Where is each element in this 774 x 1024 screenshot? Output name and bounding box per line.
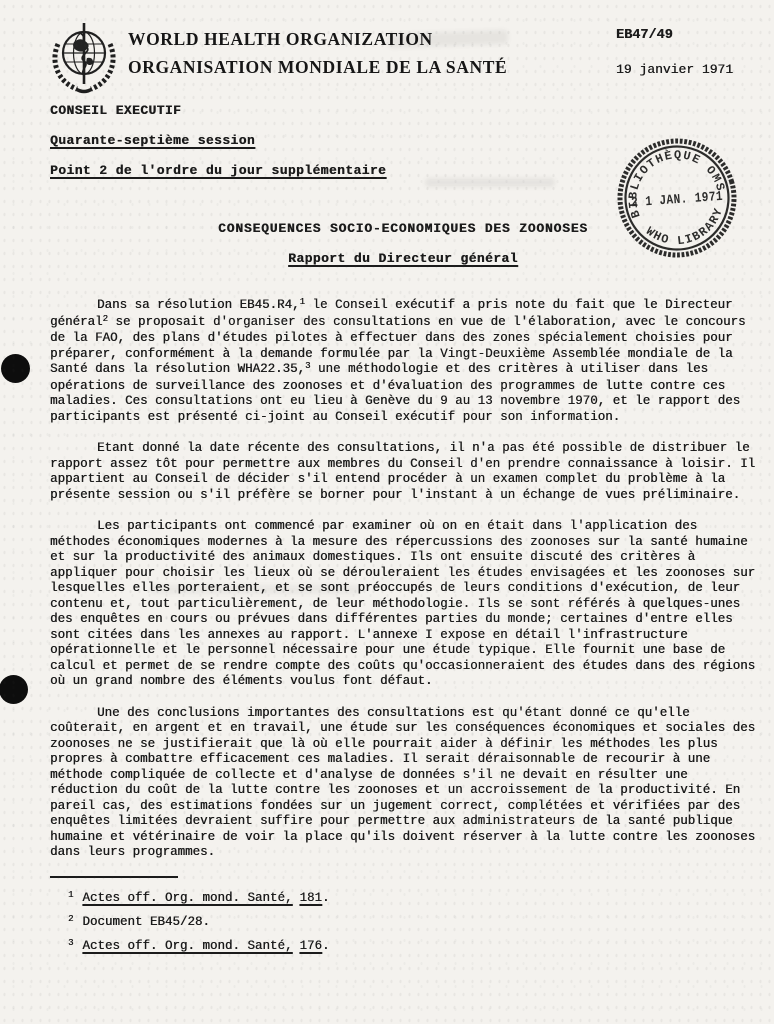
paragraph-1: Dans sa résolution EB45.R4,1 le Conseil … <box>50 298 756 425</box>
scan-smudge <box>425 178 555 187</box>
footnote-ref-2: 2 <box>103 314 108 324</box>
document-page: WORLD HEALTH ORGANIZATION ORGANISATION M… <box>0 0 774 1024</box>
document-reference: EB47/49 <box>616 28 673 43</box>
session-label: Quarante-septième session <box>50 133 255 148</box>
footnote-3: 3Actes off. Org. mond. Santé,176. <box>82 935 756 959</box>
org-name-fr: ORGANISATION MONDIALE DE LA SANTÉ <box>128 57 507 78</box>
library-stamp: BIBLIOTHÈQUE OMS WHO LIBRARY 2 1 JAN. 19… <box>607 128 747 268</box>
footnote-number: 3 <box>68 938 73 948</box>
document-body: Dans sa résolution EB45.R4,1 le Conseil … <box>50 298 756 877</box>
document-date: 19 janvier 1971 <box>616 62 733 77</box>
committee-name: CONSEIL EXECUTIF <box>50 103 181 118</box>
footnote-number: 1 <box>68 890 73 900</box>
punch-hole-top <box>1 354 30 383</box>
stamp-date-text: 2 1 JAN. 1971 <box>631 190 724 211</box>
footnote-separator <box>50 876 178 878</box>
footnote-number: 2 <box>68 914 73 924</box>
agenda-item: Point 2 de l'ordre du jour supplémentair… <box>50 163 386 178</box>
paragraph-2: Etant donné la date récente des consulta… <box>50 441 756 503</box>
paragraph-4: Une des conclusions importantes des cons… <box>50 706 756 861</box>
agenda-item-label: Point 2 de l'ordre du jour supplémentair… <box>50 163 386 178</box>
org-name-en: WORLD HEALTH ORGANIZATION <box>128 29 433 50</box>
who-logo-icon <box>47 20 121 96</box>
footnote-2: 2Document EB45/28. <box>82 911 756 935</box>
punch-hole-bottom <box>0 675 28 704</box>
footnote-period: . <box>322 939 330 953</box>
document-subtitle: Rapport du Directeur général <box>50 251 756 266</box>
footnote-period: . <box>322 891 330 905</box>
footnote-ref-1: 1 <box>300 297 305 307</box>
footnote-citation: Actes off. Org. mond. Santé, <box>82 891 292 905</box>
footnotes-section: 1Actes off. Org. mond. Santé,181. 2Docum… <box>50 876 756 959</box>
session-name: Quarante-septième session <box>50 133 255 148</box>
p1-text: Dans sa résolution EB45.R4, <box>97 298 300 312</box>
paragraph-3: Les participants ont commencé par examin… <box>50 519 756 690</box>
footnote-page: 176 <box>299 939 322 953</box>
footnote-page: 181 <box>299 891 322 905</box>
document-subtitle-label: Rapport du Directeur général <box>288 251 518 266</box>
footnote-ref-3: 3 <box>305 361 310 371</box>
footnote-text: Document EB45/28. <box>82 915 210 929</box>
footnote-citation: Actes off. Org. mond. Santé, <box>82 939 292 953</box>
document-title: CONSEQUENCES SOCIO-ECONOMIQUES DES ZOONO… <box>50 221 756 236</box>
footnote-1: 1Actes off. Org. mond. Santé,181. <box>82 887 756 911</box>
